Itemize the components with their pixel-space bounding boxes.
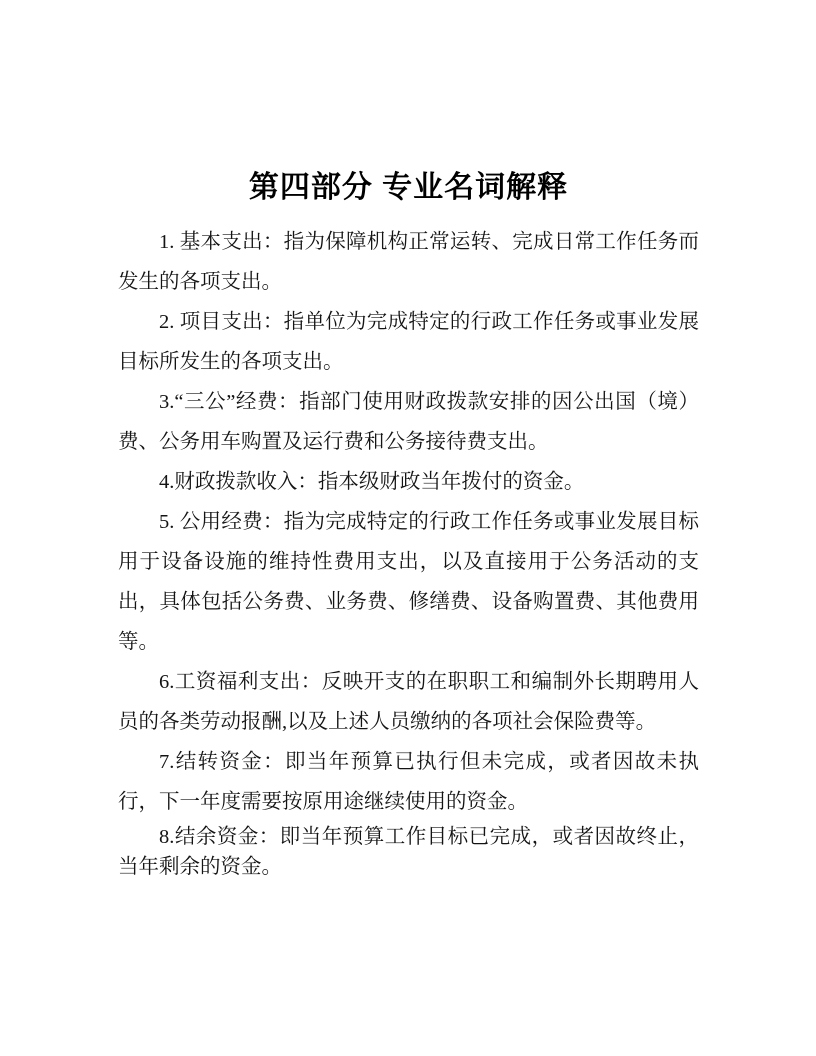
- definition-paragraph: 1. 基本支出：指为保障机构正常运转、完成日常工作任务而发生的各项支出。: [118, 222, 699, 302]
- definition-paragraph: 4.财政拨款收入：指本级财政当年拨付的资金。: [118, 462, 699, 502]
- page-title: 第四部分 专业名词解释: [118, 168, 699, 208]
- definition-paragraph: 7.结转资金：即当年预算已执行但未完成，或者因故未执行，下一年度需要按原用途继续…: [118, 742, 699, 822]
- definitions-list: 1. 基本支出：指为保障机构正常运转、完成日常工作任务而发生的各项支出。2. 项…: [118, 222, 699, 882]
- definition-paragraph: 2. 项目支出：指单位为完成特定的行政工作任务或事业发展目标所发生的各项支出。: [118, 302, 699, 382]
- document-page: 第四部分 专业名词解释 1. 基本支出：指为保障机构正常运转、完成日常工作任务而…: [0, 0, 816, 1056]
- definition-paragraph: 5. 公用经费：指为完成特定的行政工作任务或事业发展目标用于设备设施的维持性费用…: [118, 502, 699, 662]
- definition-paragraph: 8.结余资金：即当年预算工作目标已完成，或者因故终止，当年剩余的资金。: [118, 822, 699, 882]
- definition-paragraph: 6.工资福利支出：反映开支的在职职工和编制外长期聘用人员的各类劳动报酬,以及上述…: [118, 662, 699, 742]
- definition-paragraph: 3.“三公”经费：指部门使用财政拨款安排的因公出国（境）费、公务用车购置及运行费…: [118, 382, 699, 462]
